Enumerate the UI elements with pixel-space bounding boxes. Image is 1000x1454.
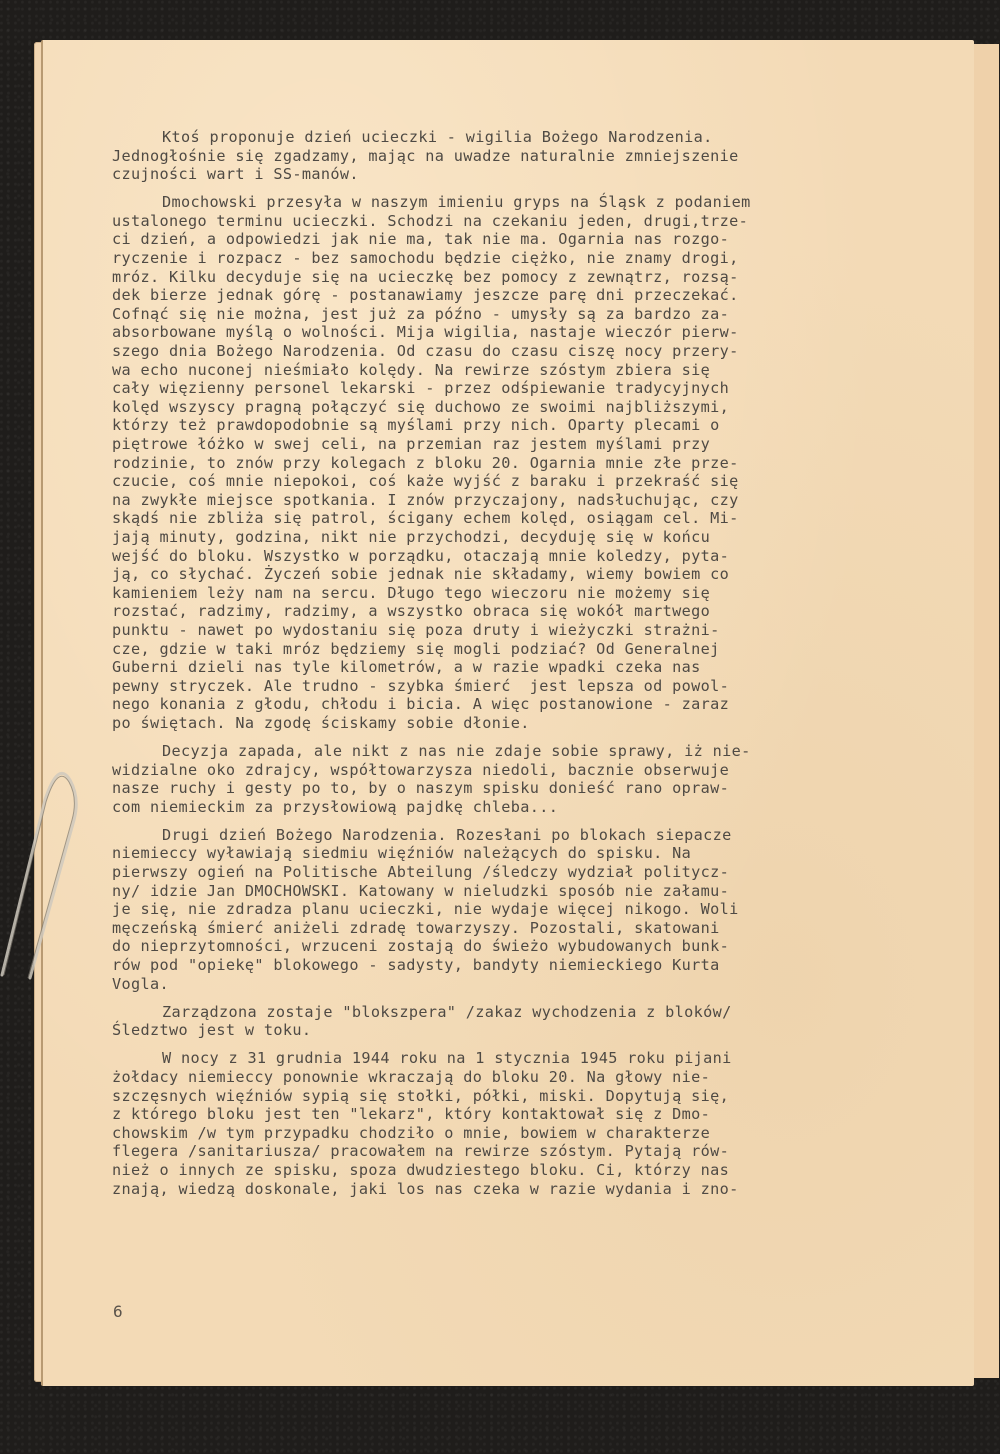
text-line: Śledztwo jest w toku. [112, 1021, 952, 1040]
text-line: ustalonego terminu ucieczki. Schodzi na … [112, 212, 952, 231]
text-line: widzialne oko zdrajcy, współtowarzysza n… [112, 761, 952, 780]
text-line: rozstać, radzimy, radzimy, a wszystko ob… [112, 602, 952, 621]
text-line: Vogla. [112, 975, 952, 994]
text-line: ny/ idzie Jan DMOCHOWSKI. Katowany w nie… [112, 882, 952, 901]
text-line: Guberni dzieli nas tyle kilometrów, a w … [112, 658, 952, 677]
text-line: którzy też prawdopodobnie są myślami prz… [112, 416, 952, 435]
text-line: nego konania z głodu, chłodu i bicia. A … [112, 695, 952, 714]
text-line: ją, co słychać. Życzeń sobie jednak nie … [112, 565, 952, 584]
text-line: Dmochowski przesyła w naszym imieniu gry… [112, 193, 952, 212]
document-page: Ktoś proponuje dzień ucieczki - wigilia … [41, 40, 974, 1386]
text-line: nasze ruchy i gesty po to, by o naszym s… [112, 779, 952, 798]
text-line: szczęsnych więźniów sypią się stołki, pó… [112, 1087, 952, 1106]
paragraph: Ktoś proponuje dzień ucieczki - wigilia … [112, 128, 952, 184]
text-line: chowskim /w tym przypadku chodziło o mni… [112, 1124, 952, 1143]
text-line: punktu - nawet po wydostaniu się poza dr… [112, 621, 952, 640]
text-line: do nieprzytomności, wrzuceni zostają do … [112, 937, 952, 956]
text-line: piętrowe łóżko w swej celi, na przemian … [112, 435, 952, 454]
paragraph: Zarządzona zostaje "blokszpera" /zakaz w… [112, 1003, 952, 1040]
text-line: szego dnia Bożego Narodzenia. Od czasu d… [112, 342, 952, 361]
paragraph: Decyzja zapada, ale nikt z nas nie zdaje… [112, 742, 952, 816]
text-line: rodzinie, to znów przy kolegach z bloku … [112, 454, 952, 473]
text-line: W nocy z 31 grudnia 1944 roku na 1 stycz… [112, 1049, 952, 1068]
text-line: cały więzienny personel lekarski - przez… [112, 379, 952, 398]
paragraph: W nocy z 31 grudnia 1944 roku na 1 stycz… [112, 1049, 952, 1198]
text-line: Jednogłośnie się zgadzamy, mając na uwad… [112, 147, 952, 166]
text-line: wa echo nuconej nieśmiało kolędy. Na rew… [112, 361, 952, 380]
text-line: niemieccy wyławiają siedmiu więźniów nal… [112, 844, 952, 863]
text-line: męczeńską śmierć aniżeli zdradę towarzys… [112, 919, 952, 938]
text-line: po świętach. Na zgodę ściskamy sobie dło… [112, 714, 952, 733]
paragraph: Drugi dzień Bożego Narodzenia. Rozesłani… [112, 826, 952, 993]
text-line: czujności wart i SS-manów. [112, 165, 952, 184]
text-line: com niemieckim za przysłowiową pajdkę ch… [112, 798, 952, 817]
text-line: czucie, coś mnie niepokoi, coś każe wyjś… [112, 472, 952, 491]
text-line: rów pod "opiekę" blokowego - sadysty, ba… [112, 956, 952, 975]
text-line: je się, nie zdradza planu ucieczki, nie … [112, 900, 952, 919]
text-line: absorbowane myślą o wolności. Mija wigil… [112, 323, 952, 342]
text-line: ci dzień, a odpowiedzi jak nie ma, tak n… [112, 230, 952, 249]
text-line: skądś nie zbliża się patrol, ścigany ech… [112, 509, 952, 528]
text-line: cze, gdzie w taki mróz będziemy się mogl… [112, 640, 952, 659]
paragraph: Dmochowski przesyła w naszym imieniu gry… [112, 193, 952, 732]
text-line: Decyzja zapada, ale nikt z nas nie zdaje… [112, 742, 952, 761]
text-line: mróz. Kilku decyduje się na ucieczkę bez… [112, 268, 952, 287]
text-line: na zwykłe miejsce spotkania. I znów przy… [112, 491, 952, 510]
text-line: Drugi dzień Bożego Narodzenia. Rozesłani… [112, 826, 952, 845]
text-line: z którego bloku jest ten "lekarz", który… [112, 1105, 952, 1124]
text-line: pewny stryczek. Ale trudno - szybka śmie… [112, 677, 952, 696]
text-line: pierwszy ogień na Politische Abteilung /… [112, 863, 952, 882]
text-line: ryczenie i rozpacz - bez samochodu będzi… [112, 249, 952, 268]
text-line: kolęd wszyscy pragną połączyć się duchow… [112, 398, 952, 417]
text-line: żołdacy niemieccy ponownie wkraczają do … [112, 1068, 952, 1087]
text-line: jają minuty, godzina, nikt nie przychodz… [112, 528, 952, 547]
text-line: kamieniem leży nam na sercu. Długo tego … [112, 584, 952, 603]
next-page-edge [972, 44, 999, 1378]
body-text: Ktoś proponuje dzień ucieczki - wigilia … [112, 128, 952, 1208]
text-line: dek bierze jednak górę - postanawiamy je… [112, 286, 952, 305]
text-line: flegera /sanitariusza/ pracowałem na rew… [112, 1142, 952, 1161]
paperclip-icon [0, 740, 82, 980]
page-number: 6 [113, 1302, 123, 1321]
text-line: Zarządzona zostaje "blokszpera" /zakaz w… [112, 1003, 952, 1022]
text-line: nież o innych ze spisku, spoza dwudziest… [112, 1161, 952, 1180]
text-line: znają, wiedzą doskonale, jaki los nas cz… [112, 1180, 952, 1199]
text-line: Cofnąć się nie można, jest już za późno … [112, 305, 952, 324]
text-line: Ktoś proponuje dzień ucieczki - wigilia … [112, 128, 952, 147]
text-line: wejść do bloku. Wszystko w porządku, ota… [112, 547, 952, 566]
